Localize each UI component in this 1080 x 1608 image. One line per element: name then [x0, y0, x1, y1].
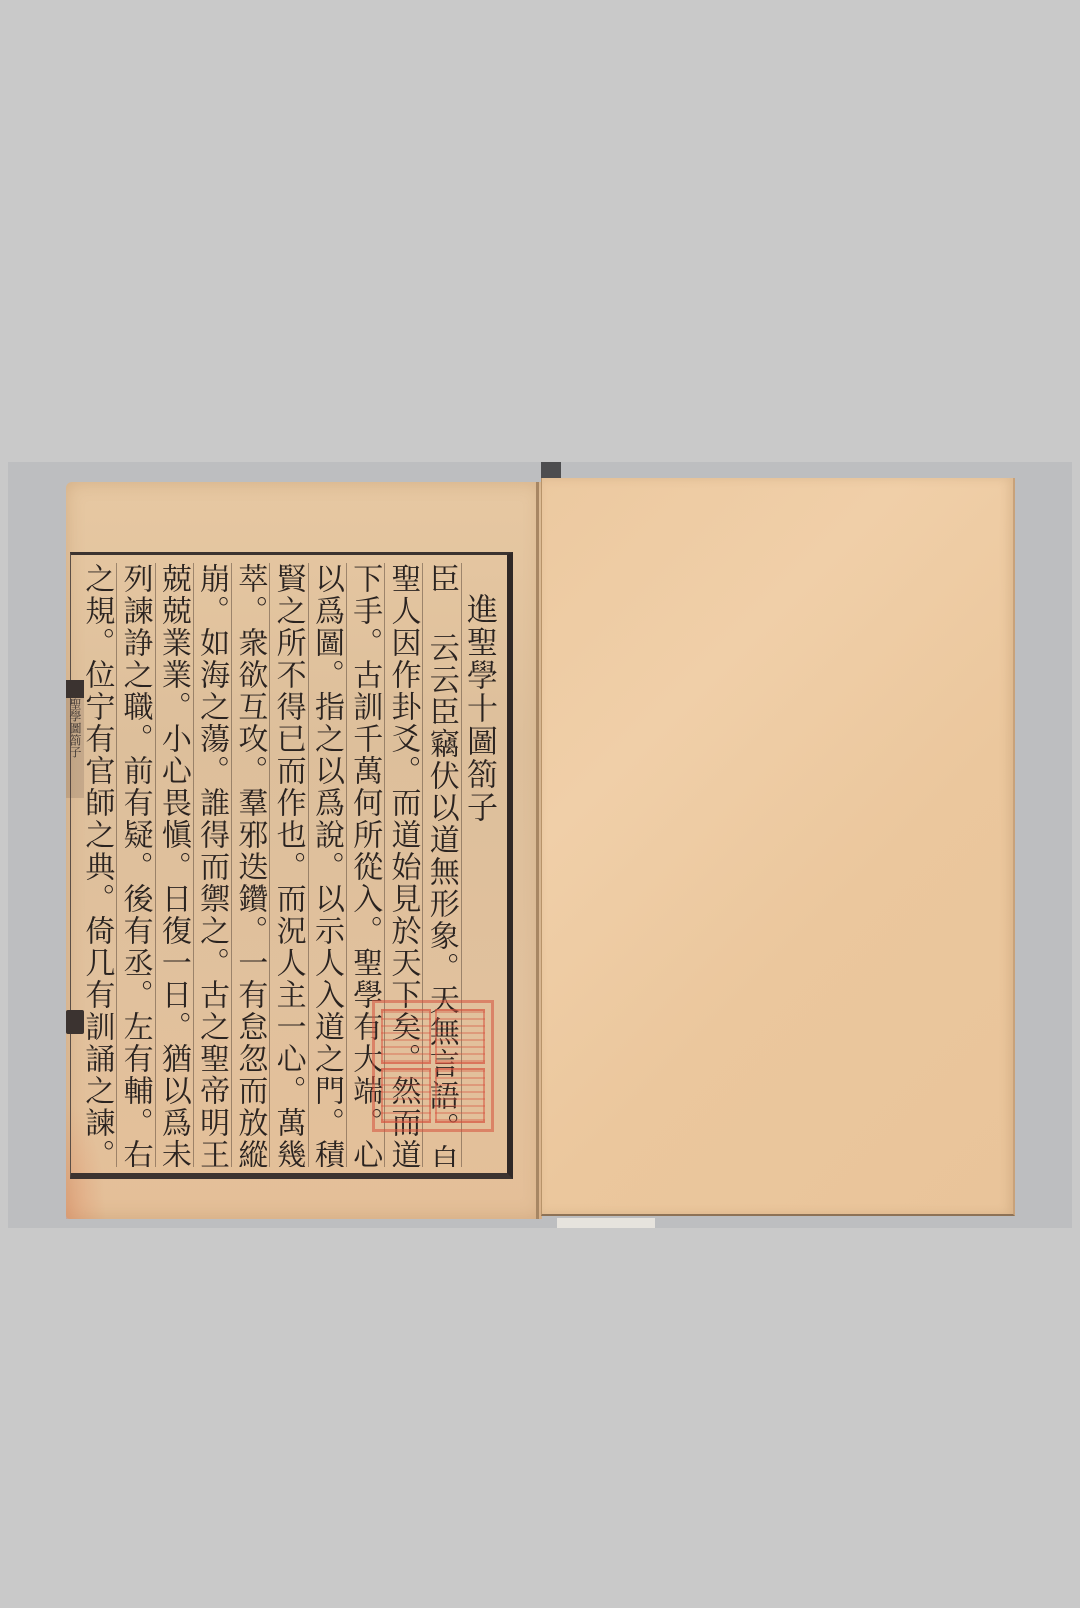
text-column-2: 聖人因作卦爻。而道始見於天下矣。然而道之浩浩何處: [384, 563, 422, 1167]
text-column-7: 崩。如海之蕩。誰得而禦之。古之聖帝明王。有憂於此。是以: [193, 563, 231, 1167]
text-column-1: 臣 云云臣竊伏以道無形象。天無言語。自河洛圖書之出: [422, 563, 460, 1167]
fish-tail-mark-icon: [66, 1010, 84, 1034]
text-columns: 進聖學十圖箚子 臣 云云臣竊伏以道無形象。天無言語。自河洛圖書之出 聖人因作卦爻…: [79, 563, 499, 1167]
text-column-10: 之規。位宁有官師之典。倚几有訓誦之諫。居寢有暬御之: [79, 563, 116, 1167]
bottom-paper-strip: [557, 1218, 655, 1228]
text-column-3: 下手。古訓千萬何所從入。聖學有大端。心法有至要。揭之: [346, 563, 384, 1167]
margin-label: 聖學圖箚子: [66, 680, 84, 798]
document-title: 進聖學十圖箚子: [461, 563, 499, 1167]
text-column-4: 以爲圖。指之以爲說。以示人入道之門。積德之基。斯亦後: [308, 563, 346, 1167]
printed-text-frame: 進聖學十圖箚子 臣 云云臣竊伏以道無形象。天無言語。自河洛圖書之出 聖人因作卦爻…: [70, 552, 513, 1179]
book-gutter: [536, 482, 539, 1219]
text-column-9: 列諫諍之職。前有疑。後有丞。左有輔。右有弼。在輿有旅賁: [116, 563, 154, 1167]
text-column-8: 兢兢業業。小心畏愼。日復一日。猶以爲未也。立師傅之官。: [155, 563, 193, 1167]
right-page-blank: blank endpaper: [541, 478, 1015, 1216]
text-column-6: 萃。衆欲互攻。羣邪迭鑽。一有怠忽而放縱繼之則如山之: [231, 563, 269, 1167]
text-column-5: 賢之所不得已而作也。而況人主一心。萬幾所由。百責所: [269, 563, 307, 1167]
